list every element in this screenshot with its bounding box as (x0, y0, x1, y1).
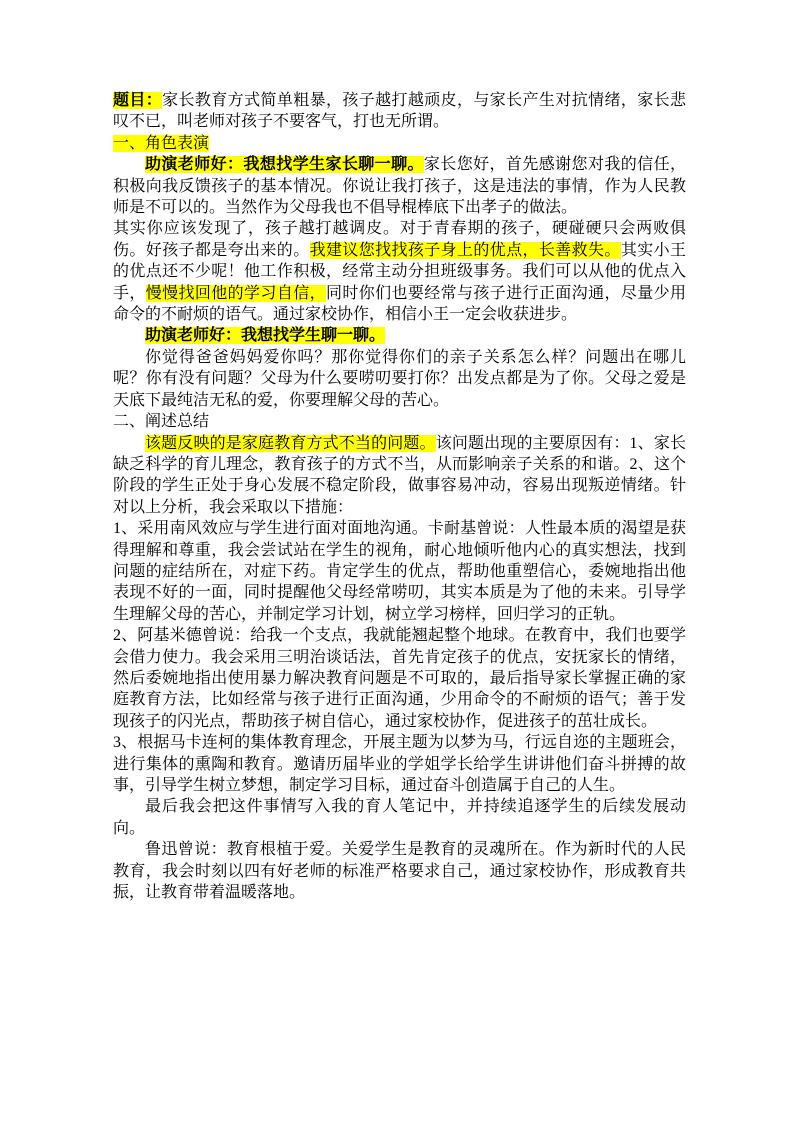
text-run: 二、阐述总结 (113, 413, 209, 430)
text-run: 你觉得爸爸妈妈爱你吗？那你觉得你们的亲子关系怎么样？问题出在哪儿呢？你有没有问题… (113, 349, 686, 409)
paragraph: 其实你应该发现了，孩子越打越调皮。对于青春期的孩子，硬碰硬只会两败俱伤。好孩子都… (113, 218, 686, 325)
highlighted-text-run: 慢慢找回他的学习自信， (146, 285, 326, 302)
paragraph: 一、角色表演 (113, 133, 686, 154)
highlighted-text-run: 我建议您找找孩子身上的优点，长善救失。 (310, 242, 621, 259)
highlighted-text-run: 题目： (113, 92, 162, 109)
paragraph: 鲁迅曾说：教育根植于爱。关爱学生是教育的灵魂所在。作为新时代的人民教育，我会时刻… (113, 839, 686, 903)
highlighted-text-run: 一、角色表演 (113, 135, 209, 152)
paragraph: 助演老师好：我想找学生家长聊一聊。家长您好，首先感谢您对我的信任，积极向我反馈孩… (113, 154, 686, 218)
highlighted-text-run: 该题反映的是家庭教育方式不当的问题。 (145, 435, 436, 452)
paragraph: 你觉得爸爸妈妈爱你吗？那你觉得你们的亲子关系怎么样？问题出在哪儿呢？你有没有问题… (113, 347, 686, 411)
document-page: 题目：家长教育方式简单粗暴，孩子越打越顽皮，与家长产生对抗情绪，家长悲叹不已，叫… (0, 0, 793, 1122)
paragraph: 1、采用南风效应与学生进行面对面地沟通。卡耐基曾说：人性最本质的渴望是获得理解和… (113, 518, 686, 625)
document-body: 题目：家长教育方式简单粗暴，孩子越打越顽皮，与家长产生对抗情绪，家长悲叹不已，叫… (113, 90, 686, 903)
text-run: 鲁迅曾说：教育根植于爱。关爱学生是教育的灵魂所在。作为新时代的人民教育，我会时刻… (113, 841, 686, 901)
highlighted-text-run: 助演老师好：我想找学生家长聊一聊。 (145, 156, 424, 173)
paragraph: 助演老师好：我想找学生聊一聊。 (113, 325, 686, 346)
paragraph: 2、阿基米德曾说：给我一个支点，我就能翘起整个地球。在教育中，我们也要学会借力使… (113, 625, 686, 732)
text-run: 3、根据马卡连柯的集体教育理念，开展主题为以梦为马，行远自迩的主题班会，进行集体… (113, 734, 686, 794)
text-run: 2、阿基米德曾说：给我一个支点，我就能翘起整个地球。在教育中，我们也要学会借力使… (113, 627, 686, 730)
paragraph: 3、根据马卡连柯的集体教育理念，开展主题为以梦为马，行远自迩的主题班会，进行集体… (113, 732, 686, 796)
paragraph: 二、阐述总结 (113, 411, 686, 432)
text-run: 家长教育方式简单粗暴，孩子越打越顽皮，与家长产生对抗情绪，家长悲叹不已，叫老师对… (113, 92, 686, 130)
text-run: 1、采用南风效应与学生进行面对面地沟通。卡耐基曾说：人性最本质的渴望是获得理解和… (113, 520, 686, 623)
highlighted-text-run: 助演老师好：我想找学生聊一聊。 (145, 327, 385, 344)
paragraph: 该题反映的是家庭教育方式不当的问题。该问题出现的主要原因有：1、家长缺乏科学的育… (113, 433, 686, 519)
paragraph: 最后我会把这件事情写入我的育人笔记中，并持续追逐学生的后续发展动向。 (113, 796, 686, 839)
paragraph: 题目：家长教育方式简单粗暴，孩子越打越顽皮，与家长产生对抗情绪，家长悲叹不已，叫… (113, 90, 686, 133)
text-run: 最后我会把这件事情写入我的育人笔记中，并持续追逐学生的后续发展动向。 (113, 798, 686, 836)
